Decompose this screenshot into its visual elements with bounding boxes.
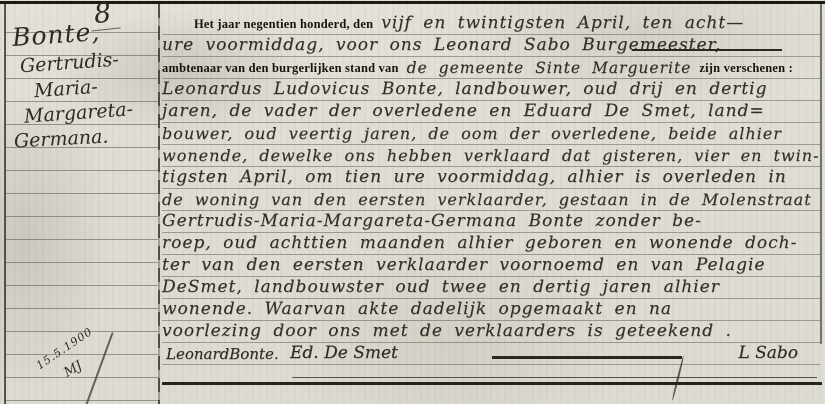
signature-official: L Sabo <box>738 343 798 363</box>
record-line: ter van den eersten verklaarder voornoem… <box>162 254 820 277</box>
signature-declarant2: Ed. De Smet <box>290 343 398 363</box>
signature-declarant1: LeonardBonte. <box>166 345 279 363</box>
handwritten-text: vijf en twintigsten April, ten acht— <box>373 13 744 34</box>
printed-form-text: Het jaar negentien honderd, den <box>194 17 373 34</box>
handwritten-text: jaren, de vader der overledene en Eduard… <box>162 101 765 122</box>
margin-column: 8 Bonte, Gertrudis- Maria- Margareta- Ge… <box>6 0 158 404</box>
record-line: wonende. Waarvan akte dadelijk opgemaakt… <box>162 298 820 321</box>
blank-filler-stroke <box>492 356 682 359</box>
handwritten-text: wonende. Waarvan akte dadelijk opgemaakt… <box>162 299 672 320</box>
printed-form-text: ambtenaar van den burgerlijken stand van <box>162 61 399 78</box>
handwritten-text: de gemeente Sinte Marguerite <box>399 59 692 78</box>
handwritten-text: roep, oud achttien maanden alhier gebore… <box>162 233 797 254</box>
handwritten-text: wonende, dewelke ons hebben verklaard da… <box>162 146 819 166</box>
margin-separator-rule <box>158 4 160 404</box>
record-line: tigsten April, om tien ure voormiddag, a… <box>162 166 820 189</box>
closing-rule-thin <box>292 377 817 378</box>
record-line: ure voormiddag, voor ons Leonard Sabo Bu… <box>162 34 820 57</box>
handwritten-text: bouwer, oud veertig jaren, de oom der ov… <box>162 124 782 144</box>
register-page: 8 Bonte, Gertrudis- Maria- Margareta- Ge… <box>0 0 825 404</box>
handwritten-text: de woning van den eersten verklaarder, g… <box>162 190 812 210</box>
blank-filler-stroke <box>632 49 782 52</box>
record-line: Het jaar negentien honderd, den vijf en … <box>162 12 820 35</box>
record-line: ambtenaar van den burgerlijken stand van… <box>162 56 820 79</box>
record-line: wonende, dewelke ons hebben verklaard da… <box>162 144 820 167</box>
handwritten-text: Gertrudis-Maria-Margareta-Germana Bonte … <box>162 211 702 232</box>
record-line: voorlezing door ons met de verklaarders … <box>162 320 820 343</box>
handwritten-text: voorlezing door ons met de verklaarders … <box>162 321 732 342</box>
act-text-column: Het jaar negentien honderd, den vijf en … <box>162 0 822 404</box>
handwritten-text: ure voormiddag, voor ons Leonard Sabo Bu… <box>162 35 721 56</box>
deceased-surname: Bonte, <box>11 17 101 52</box>
handwritten-text: Leonardus Ludovicus Bonte, landbouwer, o… <box>162 79 768 100</box>
handwritten-text: tigsten April, om tien ure voormiddag, a… <box>162 167 787 188</box>
record-line: roep, oud achttien maanden alhier gebore… <box>162 232 820 255</box>
record-line: bouwer, oud veertig jaren, de oom der ov… <box>162 122 820 145</box>
record-line: jaren, de vader der overledene en Eduard… <box>162 100 820 123</box>
record-line: Leonardus Ludovicus Bonte, landbouwer, o… <box>162 78 820 101</box>
deceased-name-line: Maria- <box>33 76 98 102</box>
signature-line: LeonardBonte. Ed. De Smet L Sabo <box>162 342 820 365</box>
closing-rule-thick <box>162 382 822 385</box>
record-line: Gertrudis-Maria-Margareta-Germana Bonte … <box>162 210 820 233</box>
record-line: de woning van den eersten verklaarder, g… <box>162 188 820 211</box>
handwritten-text: ter van den eersten verklaarder voornoem… <box>162 255 765 276</box>
handwritten-text: DeSmet, landbouwster oud twee en dertig … <box>162 277 720 298</box>
printed-form-text: zijn verschenen : <box>691 61 793 78</box>
record-line: DeSmet, landbouwster oud twee en dertig … <box>162 276 820 299</box>
